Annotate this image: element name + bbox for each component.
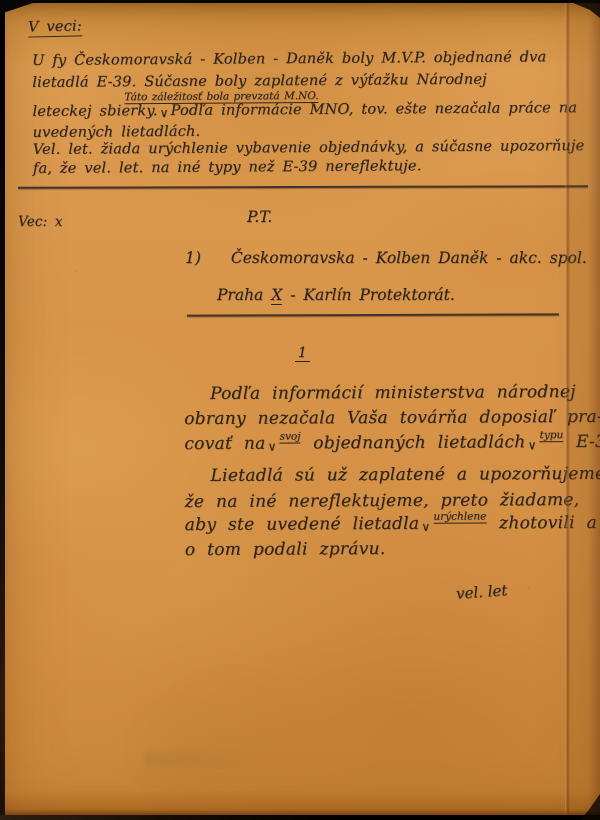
insertion-caret-mark: ∨	[528, 438, 537, 452]
addressee-district-number: X	[271, 286, 282, 305]
memo-para1-line2: lietadlá E-39. Súčasne boly zaplatené z …	[32, 72, 487, 91]
show-through-ghost-mark	[144, 751, 264, 767]
body-inline-insertion-urychlene: urýchlene	[433, 510, 486, 523]
memo-para2-line1: Vel. let. žiada urýchlenie vybavenie obj…	[33, 138, 585, 158]
memo-para1-line3-seg2: Podľa informácie MNO, tov. ešte nezačala…	[171, 100, 578, 119]
body-para1-line1: Podľa informácií ministerstva národnej	[210, 382, 576, 404]
vec-reference: Vec: x	[18, 214, 63, 230]
body-para1-line2: obrany nezačala Vaša továrňa doposiaľ pr…	[184, 407, 600, 429]
scan-edge-top	[0, 0, 600, 3]
insertion-caret-mark: ∨	[160, 106, 169, 120]
addressee-city-line: Praha X - Karlín Protektorát.	[217, 286, 455, 304]
body-para2-line3-seg1: aby ste uvedené lietadla	[185, 514, 420, 535]
paper-page: V veci: U fy Českomoravská - Kolben - Da…	[4, 3, 600, 815]
subject-heading: V veci:	[28, 18, 82, 37]
addressee-item-number: 1)	[185, 249, 201, 267]
body-para2-line2: že na iné nereflektujeme, preto žiadame,	[185, 490, 580, 512]
memo-para1-line1: U fy Českomoravská - Kolben - Daněk boly…	[32, 49, 546, 69]
memo-para1-line4: uvedených lietadlách.	[33, 124, 201, 141]
separator-rule-top	[18, 185, 588, 188]
memo-para1-line3-seg1: leteckej sbierky.	[32, 103, 157, 120]
body-para1-line3-seg1: covať na	[184, 434, 265, 454]
addressee-company-line: 1) Českomoravska - Kolben Daněk - akc. s…	[185, 249, 587, 267]
body-para2-line1: Lietadlá sú už zaplatené a upozorňujeme,	[210, 464, 600, 486]
paper-right-margin-shading	[570, 3, 600, 815]
memo-para2-line2: fa, že vel. let. na iné typy než E-39 ne…	[33, 158, 422, 177]
salutation: P.T.	[247, 208, 272, 226]
body-inline-insertion-typu: typu	[540, 429, 564, 442]
insertion-caret-mark: ∨	[421, 520, 430, 534]
addressee-company: Českomoravska - Kolben Daněk - akc. spol…	[231, 249, 587, 267]
body-inline-insertion-svoj: svoj	[280, 430, 301, 443]
addressee-city-pre: Praha	[217, 286, 271, 304]
signature: vel. let	[455, 581, 508, 603]
body-para1-line3: covať na∨svoj objednaných lietadlách∨typ…	[184, 432, 600, 454]
body-para2-line3: aby ste uvedené lietadla∨urýchlene zhoto…	[185, 513, 600, 535]
scan-edge-bottom	[0, 815, 600, 820]
body-para1-line3-seg2: objednaných lietadlách	[313, 432, 525, 453]
memo-paragraphs: U fy Českomoravská - Kolben - Daněk boly…	[32, 43, 588, 47]
letter-body: Podľa informácií ministerstva národnej o…	[184, 382, 594, 384]
addressee-city-post: - Karlín Protektorát.	[282, 286, 454, 304]
memo-para1-line3: leteckej sbierky.∨Podľa informácie MNO, …	[32, 100, 577, 120]
scan-edge-left	[0, 0, 5, 820]
insertion-caret-mark: ∨	[268, 440, 277, 454]
body-para2-line4: o tom podali zprávu.	[185, 539, 386, 560]
separator-rule-address	[187, 313, 559, 316]
page-number: 1	[295, 345, 310, 362]
